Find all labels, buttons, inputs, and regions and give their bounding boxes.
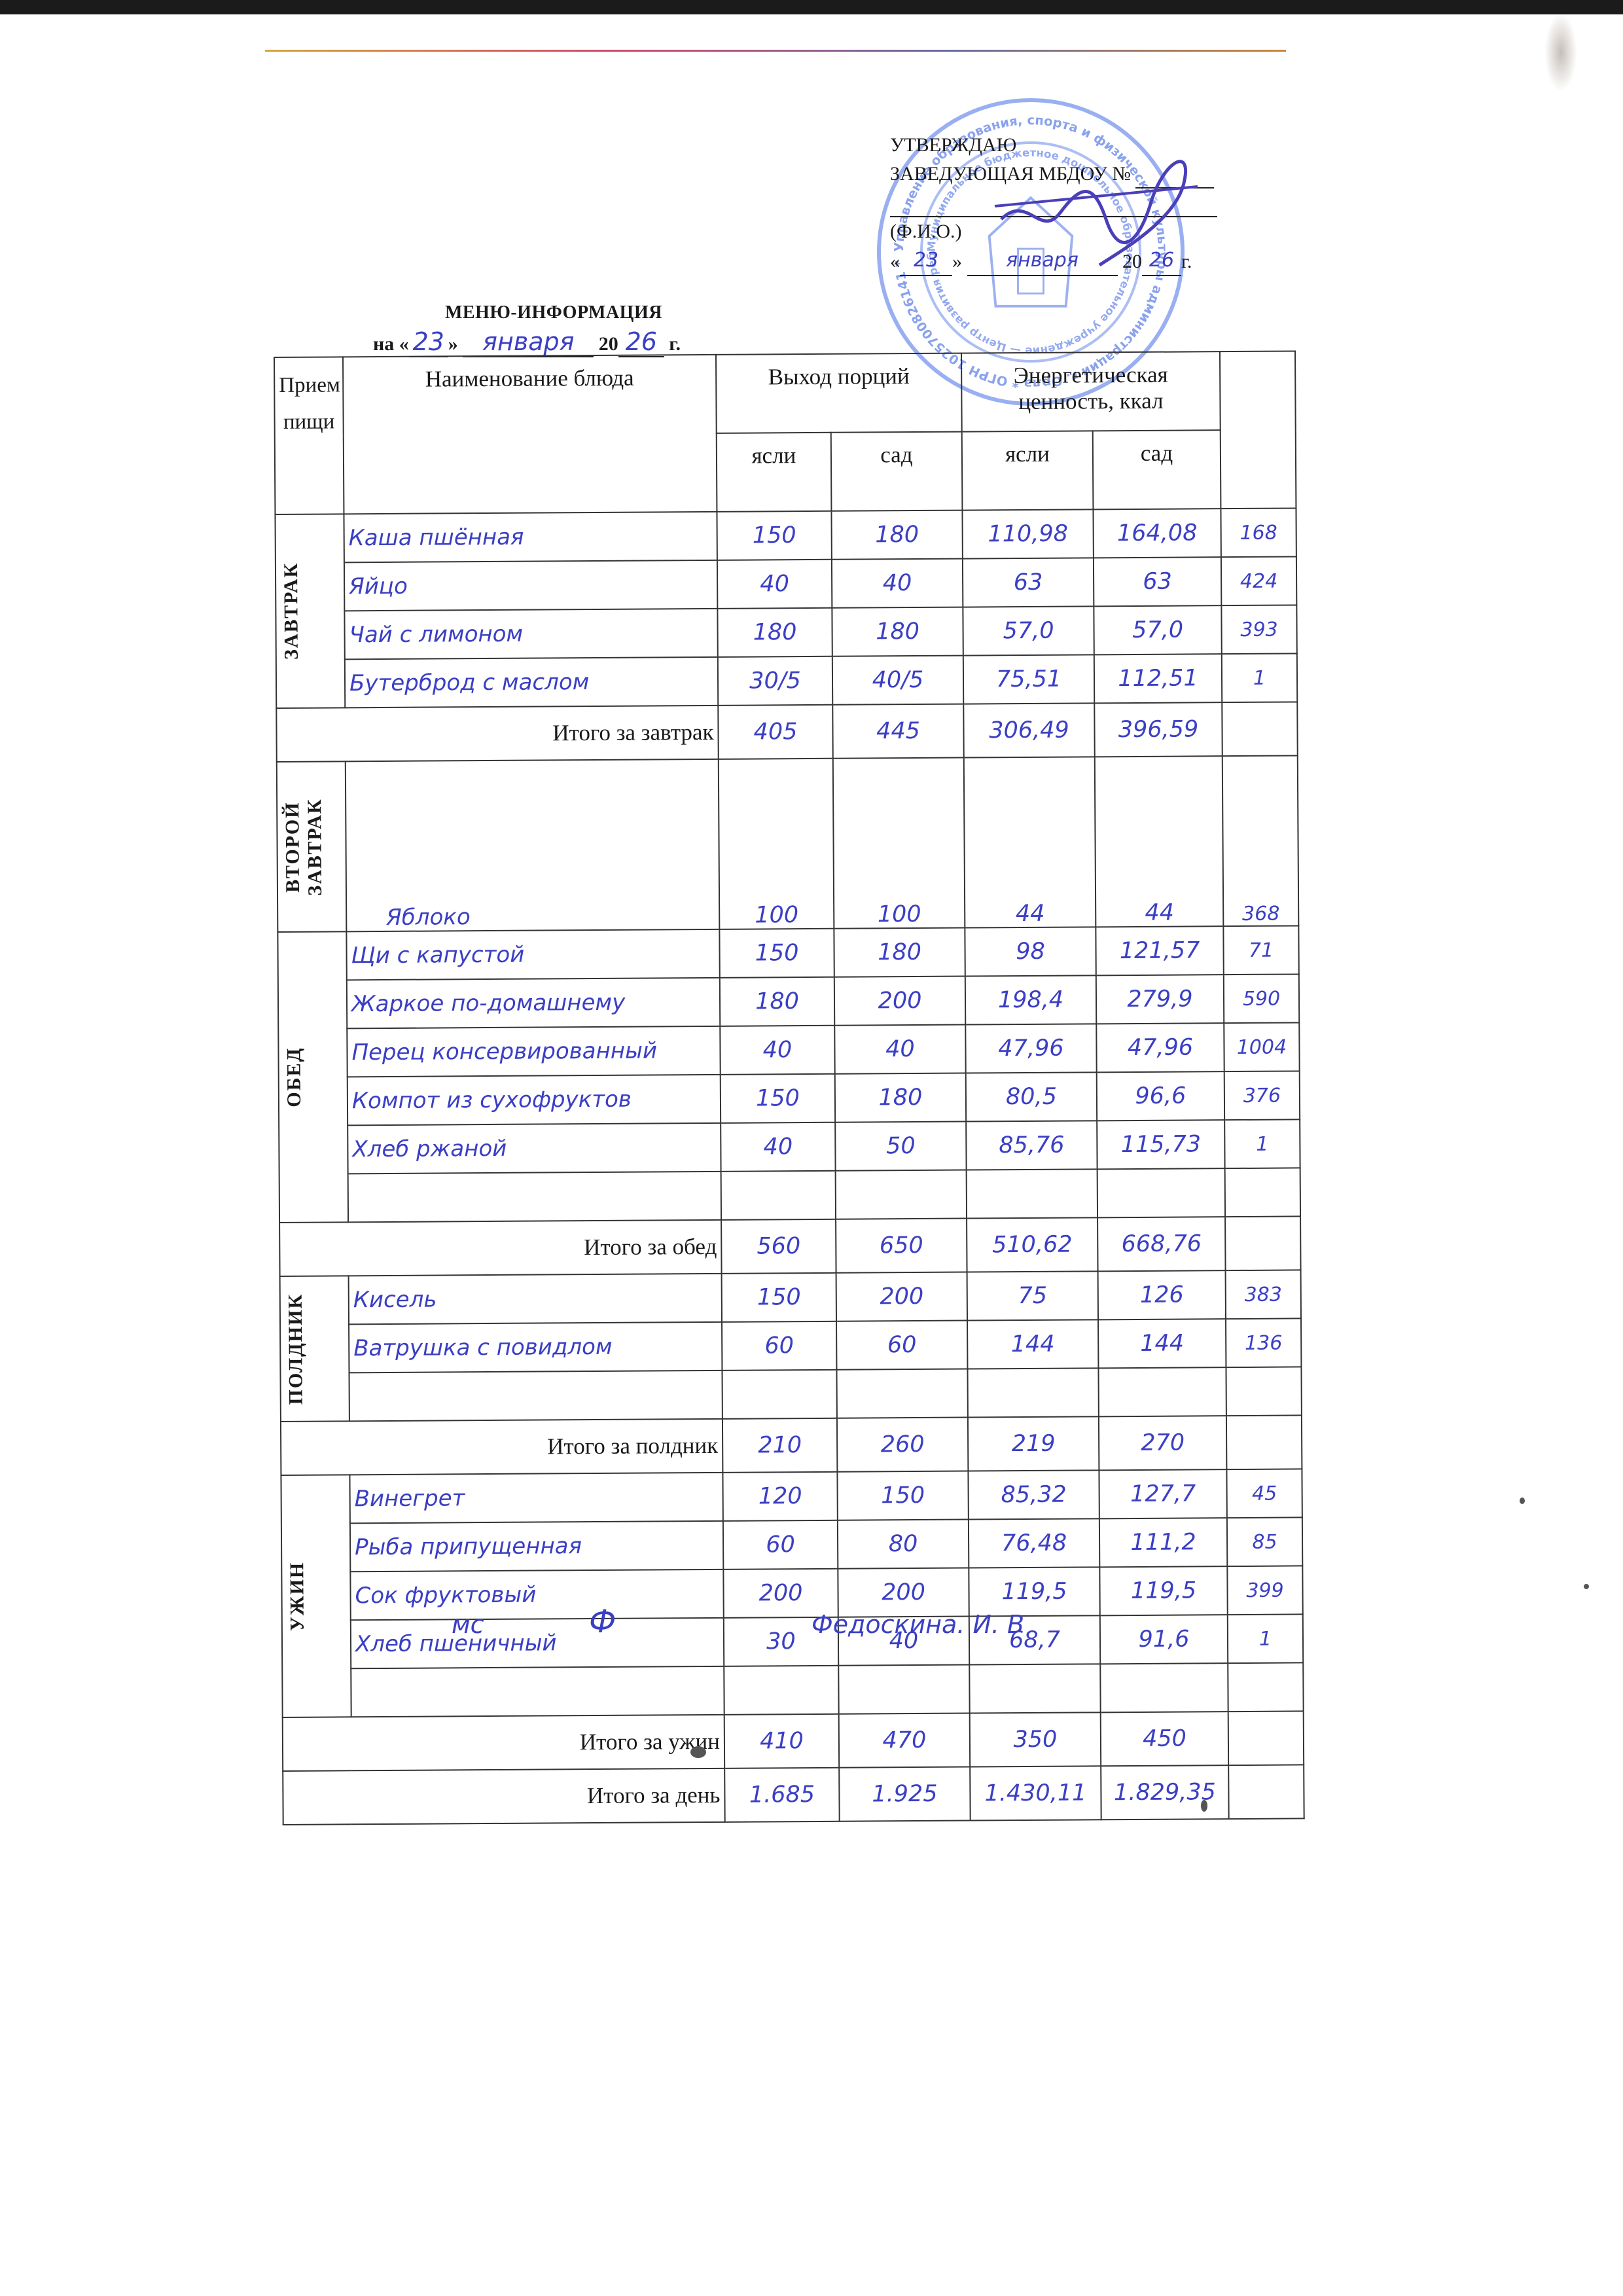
empty-cell	[967, 1169, 1097, 1218]
table-row: Компот из сухофруктов15018080,596,6376	[279, 1071, 1300, 1126]
scan-speck	[1201, 1800, 1207, 1812]
empty-cell	[722, 1370, 836, 1419]
cell-e-nursery: 110,98	[962, 509, 1093, 558]
cell-y-nursery: 30/5	[718, 656, 832, 706]
total-y-garden: 260	[837, 1418, 968, 1472]
cell-y-garden: 180	[832, 607, 963, 656]
table-row: Бутерброд с маслом30/540/575,51112,511	[276, 653, 1297, 708]
total-label: Итого за ужин	[283, 1715, 724, 1771]
cell-e-garden: 63	[1094, 557, 1221, 606]
empty-row	[282, 1662, 1303, 1717]
director-signature-icon	[988, 141, 1204, 272]
recipe-number: 393	[1221, 605, 1296, 654]
total-row: Итого за ужин410470350450	[283, 1711, 1304, 1771]
cell-y-garden: 180	[834, 928, 965, 977]
cell-e-garden: 144	[1098, 1319, 1226, 1368]
cell-e-garden: 126	[1098, 1270, 1226, 1319]
recipe-number: 85	[1227, 1517, 1302, 1566]
cell-y-nursery: 150	[719, 929, 834, 978]
total-y-nursery: 410	[724, 1714, 839, 1768]
recipe-number: 45	[1226, 1469, 1302, 1518]
scan-speck	[1520, 1498, 1525, 1504]
total-e-nursery: 306,49	[963, 703, 1094, 757]
dish-name: Хлеб ржаной	[348, 1123, 721, 1174]
cell-e-garden: 279,9	[1096, 975, 1224, 1024]
document-title: МЕНЮ-ИНФОРМАЦИЯ	[445, 302, 662, 323]
cell-y-nursery: 40	[720, 1026, 834, 1075]
table-row: Рыба припущенная608076,48111,285	[281, 1517, 1302, 1572]
total-label: Итого за завтрак	[276, 706, 718, 762]
meal-label-cell: ОБЕД	[277, 931, 348, 1223]
cell-y-nursery: 60	[723, 1520, 838, 1570]
cell-y-garden: 50	[835, 1122, 966, 1171]
cell-e-garden: 164,08	[1093, 509, 1221, 558]
table-row: Хлеб ржаной405085,76115,731	[279, 1119, 1300, 1174]
cell-e-garden: 119,5	[1099, 1566, 1227, 1615]
total-row: Итого за полдник210260219270	[281, 1415, 1302, 1475]
empty-cell	[1225, 1216, 1300, 1270]
table-row: Перец консервированный404047,9647,961004	[278, 1022, 1299, 1077]
cell-y-garden: 40/5	[832, 656, 963, 705]
dish-name: Кисель	[349, 1274, 722, 1324]
cell-e-nursery: 44	[964, 757, 1096, 927]
recipe-number: 399	[1227, 1566, 1302, 1615]
recipe-number: 376	[1224, 1071, 1300, 1120]
empty-cell	[1098, 1367, 1226, 1416]
cell-e-nursery: 75	[967, 1271, 1098, 1320]
header-meal: Прием пищи	[274, 357, 344, 514]
cell-y-garden: 40	[832, 559, 963, 608]
meal-label: ЗАВТРАК	[280, 562, 303, 660]
empty-cell	[838, 1665, 969, 1714]
cell-y-nursery: 60	[722, 1321, 836, 1371]
meal-label: УЖИН	[286, 1562, 309, 1632]
header-energy-nursery: ясли	[962, 431, 1094, 510]
dish-name: Бутерброд с маслом	[345, 657, 718, 708]
empty-cell	[836, 1369, 967, 1418]
day-total-row: Итого за день1.6851.9251.430,111.829,35	[283, 1765, 1304, 1825]
day-total-y-nursery: 1.685	[724, 1768, 839, 1822]
page-top-rule	[265, 50, 1286, 52]
recipe-number: 71	[1223, 925, 1298, 975]
table-row: ПОЛДНИККисель15020075126383	[280, 1270, 1301, 1325]
cell-y-garden: 60	[836, 1321, 967, 1370]
recipe-number: 590	[1224, 974, 1299, 1023]
total-e-garden: 668,76	[1097, 1217, 1225, 1271]
scan-smudge	[1544, 13, 1577, 92]
cell-y-garden: 100	[833, 758, 965, 929]
footer-name: Федоскина. И. В	[811, 1610, 1024, 1639]
cell-e-nursery: 57,0	[963, 606, 1094, 655]
doc-date-year: 26	[618, 327, 664, 357]
empty-row	[280, 1367, 1301, 1422]
total-e-garden: 396,59	[1094, 702, 1222, 757]
cell-y-nursery: 100	[719, 759, 834, 929]
meal-label: ПОЛДНИК	[285, 1293, 308, 1405]
table-row: Ватрушка с повидлом6060144144136	[280, 1318, 1301, 1373]
cell-e-garden: 121,57	[1096, 926, 1223, 975]
dish-name: Перец консервированный	[347, 1026, 720, 1077]
recipe-number: 168	[1221, 508, 1296, 557]
total-row: Итого за обед560650510,62668,76	[279, 1216, 1300, 1276]
day-total-label: Итого за день	[283, 1768, 724, 1825]
cell-y-garden: 180	[835, 1073, 966, 1122]
recipe-number: 368	[1222, 755, 1299, 926]
total-e-garden: 450	[1101, 1712, 1228, 1766]
cell-e-garden: 44	[1095, 756, 1224, 927]
total-e-nursery: 350	[970, 1712, 1101, 1767]
empty-cell	[1222, 702, 1297, 756]
table-row: Чай с лимоном18018057,057,0393	[276, 605, 1296, 660]
dish-name: Винегрет	[349, 1473, 722, 1523]
total-y-nursery: 210	[722, 1418, 837, 1473]
recipe-number: 136	[1226, 1318, 1301, 1367]
total-y-garden: 445	[832, 704, 963, 759]
meal-label-cell: ВТОРОЙ ЗАВТРАК	[277, 761, 347, 932]
recipe-number: 1	[1222, 653, 1297, 702]
dish-name: Ватрушка с повидлом	[349, 1322, 722, 1372]
dish-name: Яйцо	[344, 560, 717, 611]
cell-e-nursery: 80,5	[966, 1072, 1097, 1121]
cell-e-nursery: 85,76	[966, 1121, 1097, 1170]
empty-cell	[1228, 1662, 1303, 1712]
cell-e-garden: 47,96	[1096, 1023, 1224, 1072]
empty-cell	[967, 1368, 1098, 1417]
dish-name: Компот из сухофруктов	[348, 1075, 721, 1125]
empty-cell	[1226, 1415, 1302, 1469]
footer-signatures: мс Ф Федоскина. И. В	[373, 1610, 1289, 1662]
cell-y-nursery: 40	[717, 560, 832, 609]
footer-signature: Ф	[589, 1604, 616, 1640]
total-e-nursery: 510,62	[967, 1217, 1097, 1272]
table-row: ОБЕДЩи с капустой15018098121,5771	[277, 925, 1298, 980]
cell-e-nursery: 75,51	[963, 655, 1094, 704]
cell-y-nursery: 150	[721, 1074, 835, 1123]
table-row: ЗАВТРАККаша пшённая150180110,98164,08168	[275, 508, 1296, 563]
header-code	[1220, 351, 1296, 509]
total-y-nursery: 560	[721, 1219, 836, 1274]
cell-e-garden: 112,51	[1094, 654, 1222, 703]
empty-cell	[724, 1666, 838, 1715]
doc-date-day: 23	[409, 327, 448, 357]
empty-cell	[969, 1664, 1100, 1713]
recipe-number: 424	[1221, 556, 1296, 605]
empty-cell	[1225, 1168, 1300, 1217]
empty-row	[279, 1168, 1300, 1223]
empty-cell	[348, 1172, 721, 1222]
total-label: Итого за обед	[279, 1220, 721, 1276]
total-y-garden: 470	[839, 1713, 970, 1768]
cell-y-garden: 40	[834, 1025, 965, 1074]
meal-label-cell: УЖИН	[281, 1475, 351, 1717]
cell-y-garden: 200	[836, 1272, 967, 1321]
dish-name: Яблоко	[346, 759, 720, 931]
empty-cell	[1100, 1663, 1228, 1712]
cell-e-nursery: 63	[963, 558, 1094, 607]
cell-y-garden: 80	[838, 1520, 969, 1569]
table-row: УЖИНВинегрет12015085,32127,745	[281, 1469, 1302, 1524]
empty-cell	[1228, 1765, 1304, 1819]
empty-cell	[351, 1666, 724, 1717]
table-row: ВТОРОЙ ЗАВТРАКЯблоко1001004444368	[277, 755, 1299, 932]
day-total-e-nursery: 1.430,11	[970, 1766, 1101, 1820]
cell-e-garden: 57,0	[1094, 605, 1221, 655]
day-total-y-garden: 1.925	[839, 1767, 970, 1821]
empty-cell	[1097, 1168, 1225, 1217]
dish-name: Жаркое по-домашнему	[347, 978, 720, 1028]
header-energy-garden: сад	[1093, 430, 1221, 509]
meal-label-cell: ЗАВТРАК	[275, 514, 345, 708]
cell-y-nursery: 150	[717, 511, 831, 560]
dish-name: Чай с лимоном	[344, 609, 717, 659]
table-row: Яйцо40406363424	[276, 556, 1296, 611]
scan-speck	[1584, 1584, 1589, 1589]
cell-e-garden: 115,73	[1097, 1120, 1224, 1169]
total-row: Итого за завтрак405445306,49396,59	[276, 702, 1297, 762]
header-yield-nursery: ясли	[717, 433, 832, 512]
document-date: на «23» января 2026 г.	[373, 327, 681, 357]
cell-e-nursery: 76,48	[969, 1518, 1099, 1568]
meal-label: ОБЕД	[283, 1047, 306, 1107]
total-label: Итого за полдник	[281, 1419, 722, 1475]
cell-e-garden: 127,7	[1099, 1469, 1226, 1518]
table-row: Жаркое по-домашнему180200198,4279,9590	[278, 974, 1299, 1029]
footer-position: мс	[452, 1610, 484, 1639]
cell-y-nursery: 150	[722, 1273, 836, 1322]
recipe-number: 1	[1224, 1119, 1300, 1168]
header-yield: Выход порций	[716, 353, 962, 433]
scan-speck	[690, 1746, 706, 1758]
empty-cell	[721, 1171, 836, 1220]
cell-e-garden: 111,2	[1099, 1518, 1227, 1567]
cell-y-nursery: 180	[720, 977, 834, 1026]
total-e-nursery: 219	[968, 1416, 1099, 1471]
dish-name: Каша пшённая	[344, 512, 717, 562]
cell-e-nursery: 198,4	[965, 975, 1096, 1024]
cell-e-nursery: 47,96	[965, 1024, 1096, 1073]
cell-e-nursery: 119,5	[969, 1567, 1099, 1616]
cell-y-garden: 150	[837, 1471, 968, 1520]
dish-name: Щи с капустой	[346, 929, 719, 980]
total-e-garden: 270	[1099, 1416, 1226, 1470]
empty-cell	[1226, 1367, 1301, 1416]
header-yield-garden: сад	[831, 432, 963, 511]
recipe-number: 383	[1226, 1270, 1301, 1319]
cell-e-nursery: 98	[965, 927, 1096, 976]
empty-cell	[836, 1170, 967, 1219]
scan-top-edge	[0, 0, 1623, 14]
menu-table: Прием пищи Наименование блюда Выход порц…	[274, 350, 1305, 1825]
empty-cell	[1228, 1711, 1304, 1765]
doc-date-month: января	[463, 327, 594, 357]
cell-e-nursery: 144	[967, 1319, 1098, 1369]
cell-y-garden: 200	[834, 977, 965, 1026]
empty-cell	[349, 1371, 722, 1421]
cell-e-garden: 96,6	[1097, 1071, 1224, 1121]
meal-label: ВТОРОЙ ЗАВТРАК	[281, 762, 327, 931]
total-y-nursery: 405	[718, 705, 832, 759]
total-y-garden: 650	[836, 1219, 967, 1273]
recipe-number: 1004	[1224, 1022, 1299, 1071]
cell-y-nursery: 120	[722, 1472, 837, 1521]
dish-name: Рыба припущенная	[350, 1521, 723, 1571]
cell-e-nursery: 85,32	[968, 1470, 1099, 1519]
day-total-e-garden: 1.829,35	[1101, 1765, 1228, 1820]
header-dish: Наименование блюда	[343, 355, 717, 514]
cell-y-garden: 180	[831, 511, 962, 560]
cell-y-nursery: 40	[721, 1122, 835, 1172]
meal-label-cell: ПОЛДНИК	[280, 1276, 349, 1422]
cell-y-nursery: 180	[717, 608, 832, 657]
header-energy: Энергетическая ценность, ккал	[961, 351, 1221, 431]
approval-day: 23	[900, 246, 952, 276]
